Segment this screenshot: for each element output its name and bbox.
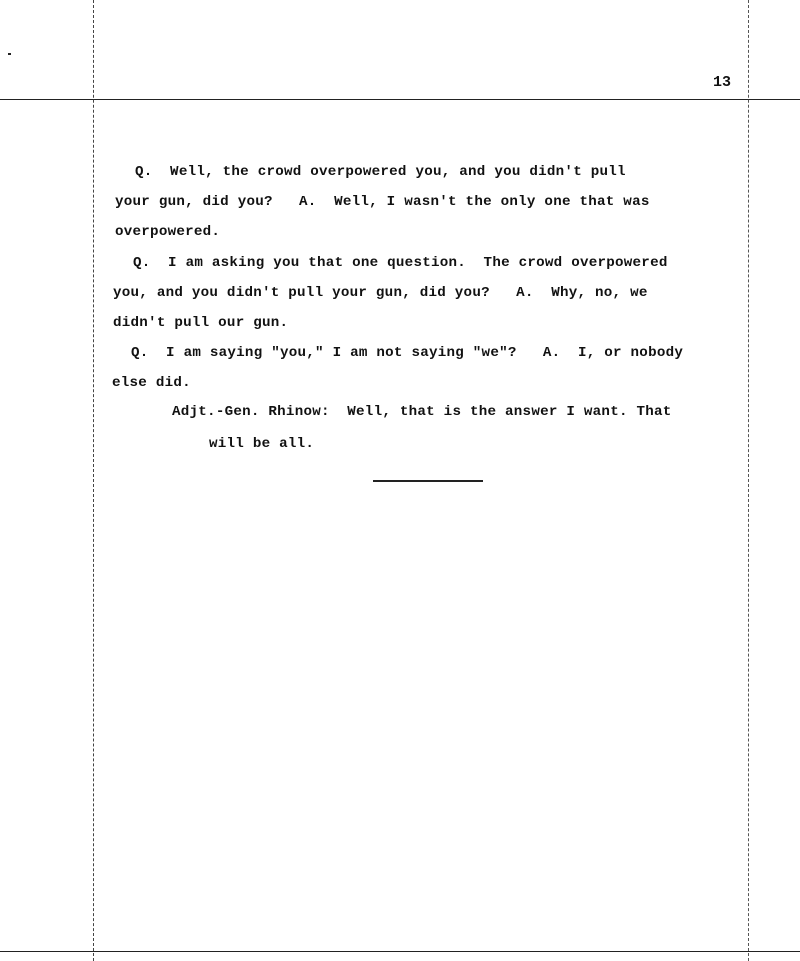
transcript-line: didn't pull our gun. [113, 315, 288, 331]
transcript-line: else did. [112, 375, 191, 391]
transcript-line: will be all. [209, 436, 314, 452]
right-margin-line [748, 0, 749, 961]
transcript-line: Q. I am asking you that one question. Th… [133, 255, 668, 271]
transcript-line: overpowered. [115, 224, 220, 240]
bottom-rule-line [0, 951, 800, 952]
scan-speck [8, 53, 11, 55]
page-number: 13 [713, 74, 731, 91]
end-of-section-rule [373, 480, 483, 482]
transcript-line: Q. I am saying "you," I am not saying "w… [131, 345, 683, 361]
top-rule-line [0, 99, 800, 100]
transcript-line: your gun, did you? A. Well, I wasn't the… [115, 194, 650, 210]
left-margin-line [93, 0, 94, 961]
transcript-line: Q. Well, the crowd overpowered you, and … [135, 164, 626, 180]
transcript-line: you, and you didn't pull your gun, did y… [113, 285, 648, 301]
transcript-line: Adjt.-Gen. Rhinow: Well, that is the ans… [172, 404, 672, 420]
